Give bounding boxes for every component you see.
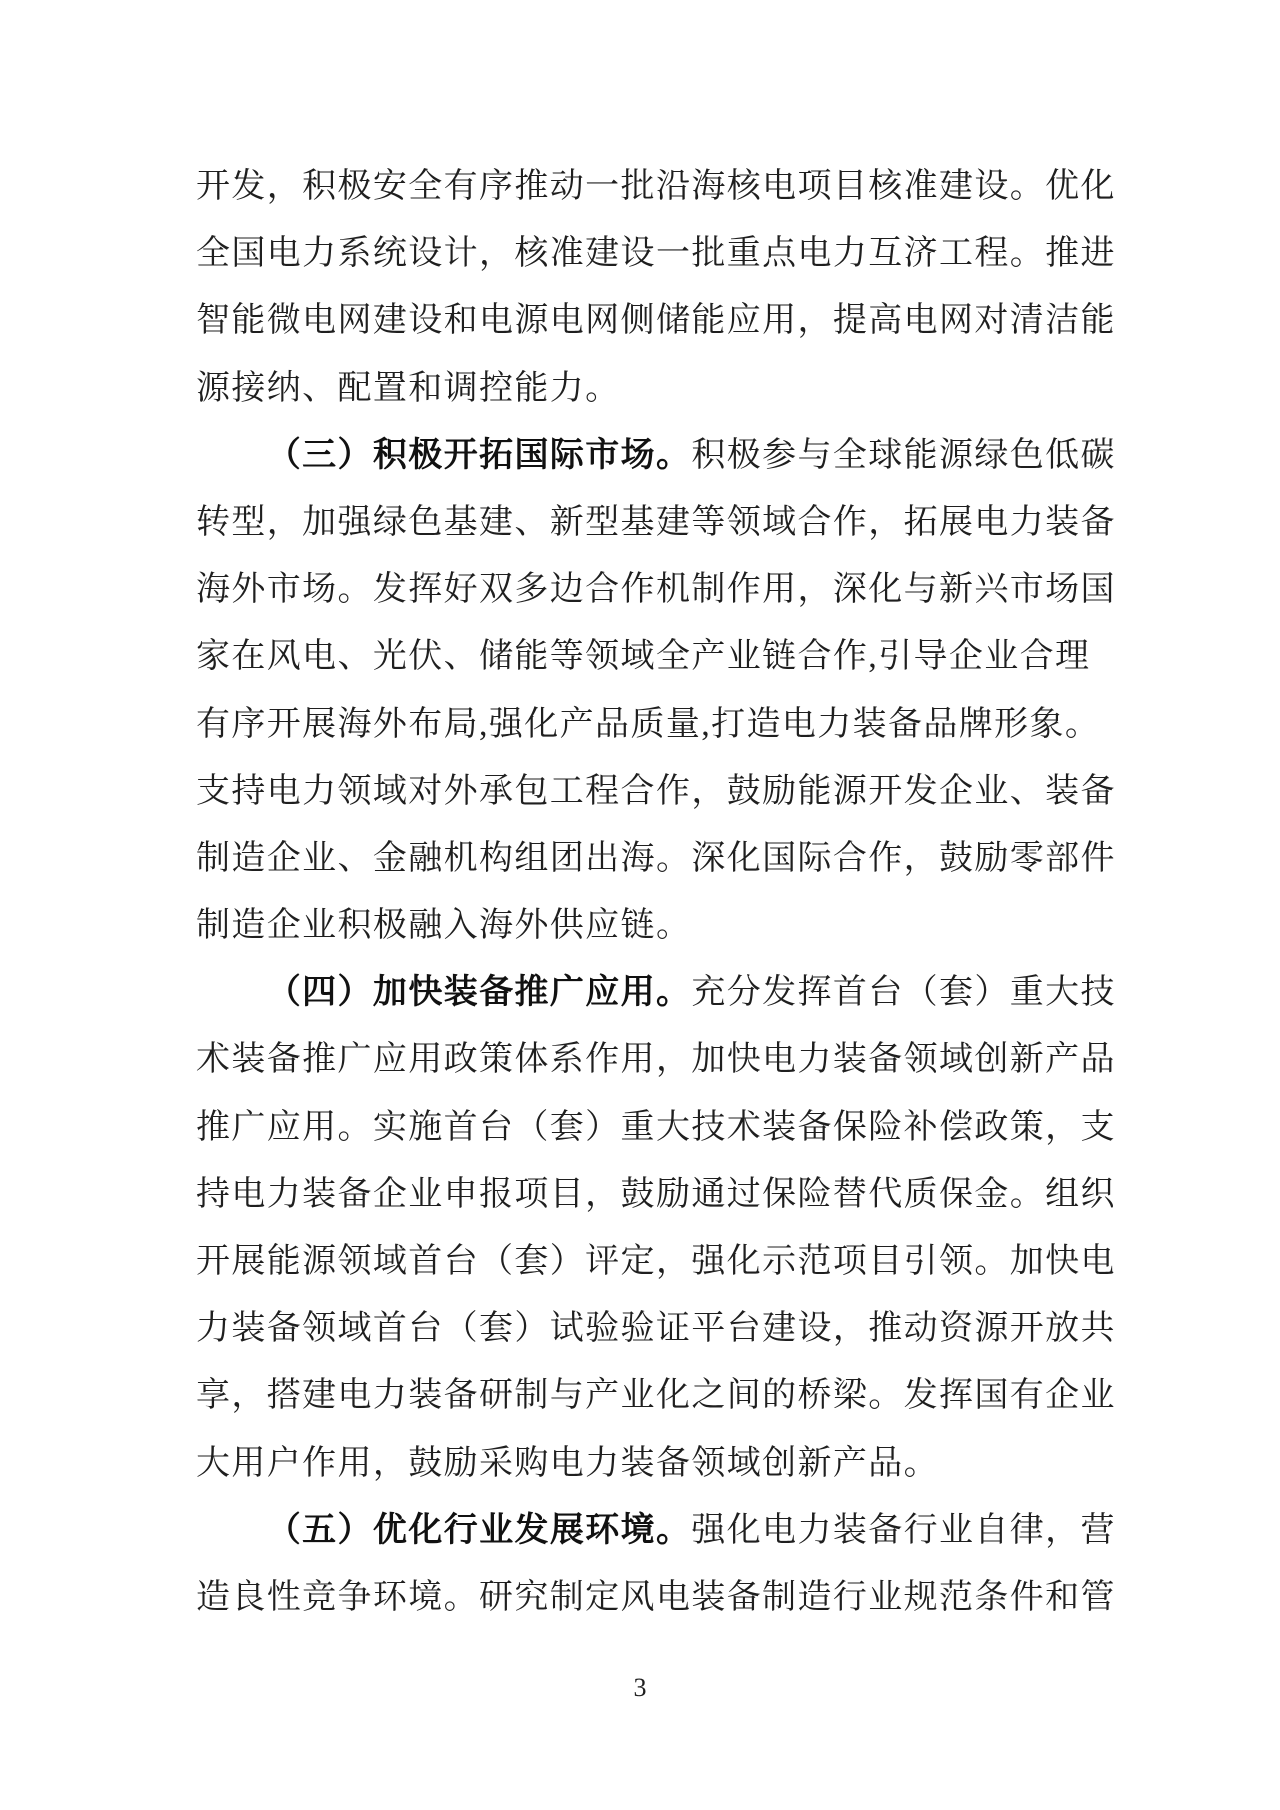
text-line: 力装备领域首台（套）试验验证平台建设，推动资源开放共 (196, 1295, 1118, 1362)
text-line: 术装备推广应用政策体系作用，加快电力装备领域创新产品 (196, 1026, 1118, 1093)
text-line: 推广应用。实施首台（套）重大技术装备保险补偿政策，支 (196, 1094, 1118, 1161)
text-line: 制造企业积极融入海外供应链。 (196, 892, 1118, 959)
text-line: 制造企业、金融机构组团出海。深化国际合作，鼓励零部件 (196, 825, 1118, 892)
text-line: 转型，加强绿色基建、新型基建等领域合作，拓展电力装备 (196, 489, 1118, 556)
section-heading-segment: （三）积极开拓国际市场。 (267, 436, 692, 474)
text-segment: 全国电力系统设计，核准建设一批重点电力互济工程。推进 (196, 235, 1116, 272)
text-segment: 力装备领域首台（套）试验验证平台建设，推动资源开放共 (196, 1310, 1116, 1347)
text-segment: 充分发挥首台（套）重大技 (691, 974, 1116, 1011)
text-segment: 智能微电网建设和电源电网侧储能应用，提高电网对清洁能 (196, 302, 1116, 339)
text-line: 造良性竞争环境。研究制定风电装备制造行业规范条件和管 (196, 1564, 1118, 1631)
page-number: 3 (0, 1668, 1280, 1708)
text-segment: 持电力装备企业申报项目，鼓励通过保险替代质保金。组织 (196, 1176, 1116, 1213)
text-line: 家在风电、光伏、储能等领域全产业链合作,引导企业合理 (196, 623, 1118, 690)
text-segment: 制造企业积极融入海外供应链。 (196, 907, 691, 944)
text-line: 源接纳、配置和调控能力。 (196, 355, 1118, 422)
text-line: 全国电力系统设计，核准建设一批重点电力互济工程。推进 (196, 220, 1118, 287)
text-line: 开展能源领域首台（套）评定，强化示范项目引领。加快电 (196, 1228, 1118, 1295)
text-line: 享，搭建电力装备研制与产业化之间的桥梁。发挥国有企业 (196, 1362, 1118, 1429)
text-segment: 开展能源领域首台（套）评定，强化示范项目引领。加快电 (196, 1243, 1116, 1280)
text-segment: 支持电力领域对外承包工程合作，鼓励能源开发企业、装备 (196, 773, 1116, 810)
text-segment: 有序开展海外布局,强化产品质量,打造电力装备品牌形象。 (196, 706, 1100, 743)
document-page: 开发，积极安全有序推动一批沿海核电项目核准建设。优化全国电力系统设计，核准建设一… (0, 0, 1280, 1810)
text-segment: 推广应用。实施首台（套）重大技术装备保险补偿政策，支 (196, 1109, 1116, 1146)
text-segment: 大用户作用，鼓励采购电力装备领域创新产品。 (196, 1445, 939, 1482)
text-line: 支持电力领域对外承包工程合作，鼓励能源开发企业、装备 (196, 758, 1118, 825)
text-line: 智能微电网建设和电源电网侧储能应用，提高电网对清洁能 (196, 287, 1118, 354)
text-segment: 强化电力装备行业自律，营 (691, 1512, 1116, 1549)
text-segment: 造良性竞争环境。研究制定风电装备制造行业规范条件和管 (196, 1579, 1116, 1616)
text-segment: 转型，加强绿色基建、新型基建等领域合作，拓展电力装备 (196, 504, 1116, 541)
text-line: （四）加快装备推广应用。充分发挥首台（套）重大技 (196, 959, 1118, 1026)
text-segment: 海外市场。发挥好双多边合作机制作用，深化与新兴市场国 (196, 571, 1116, 608)
text-segment: 源接纳、配置和调控能力。 (196, 370, 621, 407)
text-segment: 家在风电、光伏、储能等领域全产业链合作,引导企业合理 (196, 638, 1090, 675)
text-line: 有序开展海外布局,强化产品质量,打造电力装备品牌形象。 (196, 691, 1118, 758)
text-segment: 积极参与全球能源绿色低碳 (691, 437, 1116, 474)
text-segment: 享，搭建电力装备研制与产业化之间的桥梁。发挥国有企业 (196, 1377, 1116, 1414)
text-segment: 术装备推广应用政策体系作用，加快电力装备领域创新产品 (196, 1041, 1116, 1078)
text-line: 海外市场。发挥好双多边合作机制作用，深化与新兴市场国 (196, 556, 1118, 623)
text-segment: 开发，积极安全有序推动一批沿海核电项目核准建设。优化 (196, 168, 1116, 205)
document-body: 开发，积极安全有序推动一批沿海核电项目核准建设。优化全国电力系统设计，核准建设一… (196, 153, 1118, 1631)
text-line: （三）积极开拓国际市场。积极参与全球能源绿色低碳 (196, 422, 1118, 489)
text-line: 开发，积极安全有序推动一批沿海核电项目核准建设。优化 (196, 153, 1118, 220)
text-line: （五）优化行业发展环境。强化电力装备行业自律，营 (196, 1497, 1118, 1564)
section-heading-segment: （四）加快装备推广应用。 (267, 973, 692, 1011)
text-line: 大用户作用，鼓励采购电力装备领域创新产品。 (196, 1430, 1118, 1497)
text-line: 持电力装备企业申报项目，鼓励通过保险替代质保金。组织 (196, 1161, 1118, 1228)
section-heading-segment: （五）优化行业发展环境。 (267, 1511, 692, 1549)
text-segment: 制造企业、金融机构组团出海。深化国际合作，鼓励零部件 (196, 840, 1116, 877)
